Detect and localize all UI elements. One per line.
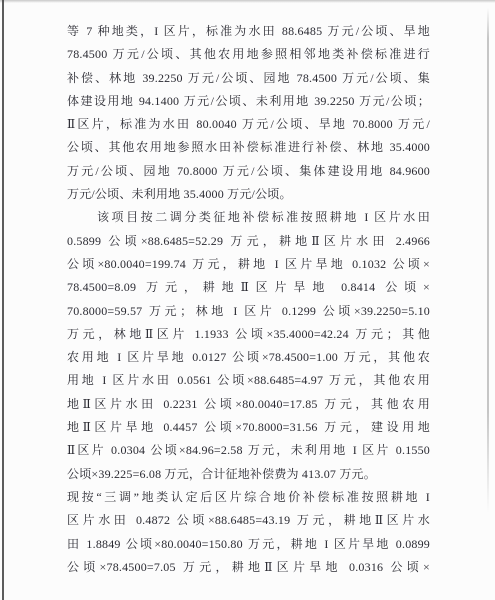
text-line: Ⅱ区片 0.0304 公顷×84.96=2.58 万元，未利用地 I 区片 0.…	[67, 439, 430, 462]
text-line: 田 1.8849 公顷×80.0040=150.80 万元，耕地 I 区片旱地 …	[67, 533, 430, 556]
text-line: 70.8000=59.57 万元；林地 I 区片 0.1299 公顷×39.22…	[67, 300, 430, 323]
text-line: 补偿、林地 39.2250 万元/公顷、园地 78.4500 万元/公顷、集	[67, 67, 430, 90]
text-line: 0.5899 公顷×88.6485=52.29 万元，耕地Ⅱ区片水田 2.496…	[67, 230, 430, 253]
text-line: 万元/公顷、园地 70.8000 万元/公顷、集体建设用地 84.9600	[67, 160, 430, 183]
text-line: 用地 I 区片水田 0.0561 公顷×88.6485=4.97 万元，其他农用	[67, 369, 430, 392]
text-line: 区片水田 0.4872 公顷×88.6485=43.19 万元，耕地Ⅱ区片水	[67, 509, 430, 532]
text-line: 万元，林地Ⅱ区片 1.1933 公顷×35.4000=42.24 万元；其他	[67, 323, 430, 346]
text-line: 公顷、其他农用地参照水田补偿标准进行补偿、林地 35.4000	[67, 136, 430, 159]
text-line: 该项目按二调分类征地补偿标准按照耕地 I 区片水田	[67, 206, 430, 229]
text-line: 等 7 种地类，I 区片，标准为水田 88.6485 万元/公顷、旱地	[67, 20, 430, 43]
text-line: 现按“三调”地类认定后区片综合地价补偿标准按照耕地 I	[67, 486, 430, 509]
text-line: 农用地 I 区片旱地 0.0127 公顷×78.4500=1.00 万元，其他农	[67, 346, 430, 369]
scan-edge-left	[2, 0, 4, 600]
document-page: 等 7 种地类，I 区片，标准为水田 88.6485 万元/公顷、旱地78.45…	[0, 0, 495, 600]
scan-edge-right	[487, 8, 489, 513]
text-line: 公顷×80.0040=199.74 万元，耕地 I 区片旱地 0.1032 公顷…	[67, 253, 430, 276]
text-line: 体建设用地 94.1400 万元/公顷、未利用地 39.2250 万元/公顷；	[67, 90, 430, 113]
text-line: 地Ⅱ区片旱地 0.4457 公顷×70.8000=31.56 万元，建设用地	[67, 416, 430, 439]
text-line: 地Ⅱ区片水田 0.2231 公顷×80.0040=17.85 万元，其他农用	[67, 393, 430, 416]
text-line: 万元/公顷、未利用地 35.4000 万元/公顷。	[67, 183, 430, 206]
text-line: 公顷×39.225=6.08 万元，合计征地补偿费为 413.07 万元。	[67, 463, 430, 486]
text-line: 78.4500 万元/公顷、其他农用地参照相邻地类补偿标准进行	[67, 43, 430, 66]
text-line: Ⅱ区片，标准为水田 80.0040 万元/公顷、旱地 70.8000 万元/	[67, 113, 430, 136]
document-text-block: 等 7 种地类，I 区片，标准为水田 88.6485 万元/公顷、旱地78.45…	[67, 20, 430, 579]
text-line: 公顷×78.4500=7.05 万元，耕地Ⅱ区片旱地 0.0316 公顷×	[67, 556, 430, 579]
text-line: 78.4500=8.09 万元，耕地Ⅱ区片旱地 0.8414 公顷×	[67, 276, 430, 299]
scan-edge-top	[0, 0, 495, 3]
